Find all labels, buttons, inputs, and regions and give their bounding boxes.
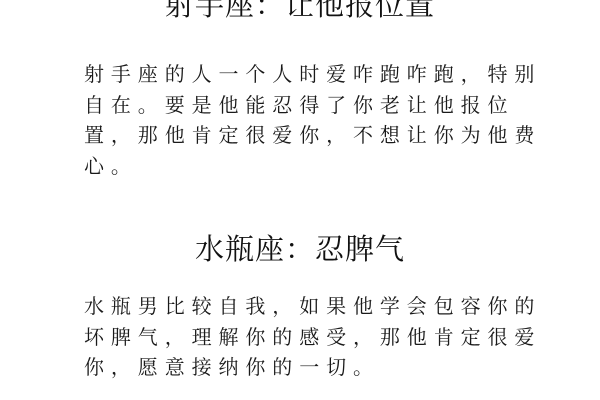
section-paragraph-sagittarius: 射手座的人一个人时爱咋跑咋跑，特别 自在。要是他能忍得了你老让他报位 置，那他肯… <box>84 59 524 181</box>
paragraph-line: 水瓶男比较自我，如果他学会包容你的 <box>84 291 524 322</box>
paragraph-line: 置，那他肯定很爱你，不想让你为他费 <box>84 120 524 151</box>
section-heading-aquarius: 水瓶座：忍脾气 <box>0 231 600 267</box>
paragraph-line: 自在。要是他能忍得了你老让他报位 <box>84 90 524 121</box>
paragraph-line: 心。 <box>84 151 524 182</box>
section-paragraph-aquarius: 水瓶男比较自我，如果他学会包容你的 坏脾气，理解你的感受，那他肯定很爱 你，愿意… <box>84 291 524 383</box>
paragraph-line: 射手座的人一个人时爱咋跑咋跑，特别 <box>84 59 524 90</box>
paragraph-line: 坏脾气，理解你的感受，那他肯定很爱 <box>84 322 524 353</box>
paragraph-line: 你，愿意接纳你的一切。 <box>84 352 524 383</box>
section-heading-sagittarius: 射手座：让他报位置 <box>0 0 600 23</box>
